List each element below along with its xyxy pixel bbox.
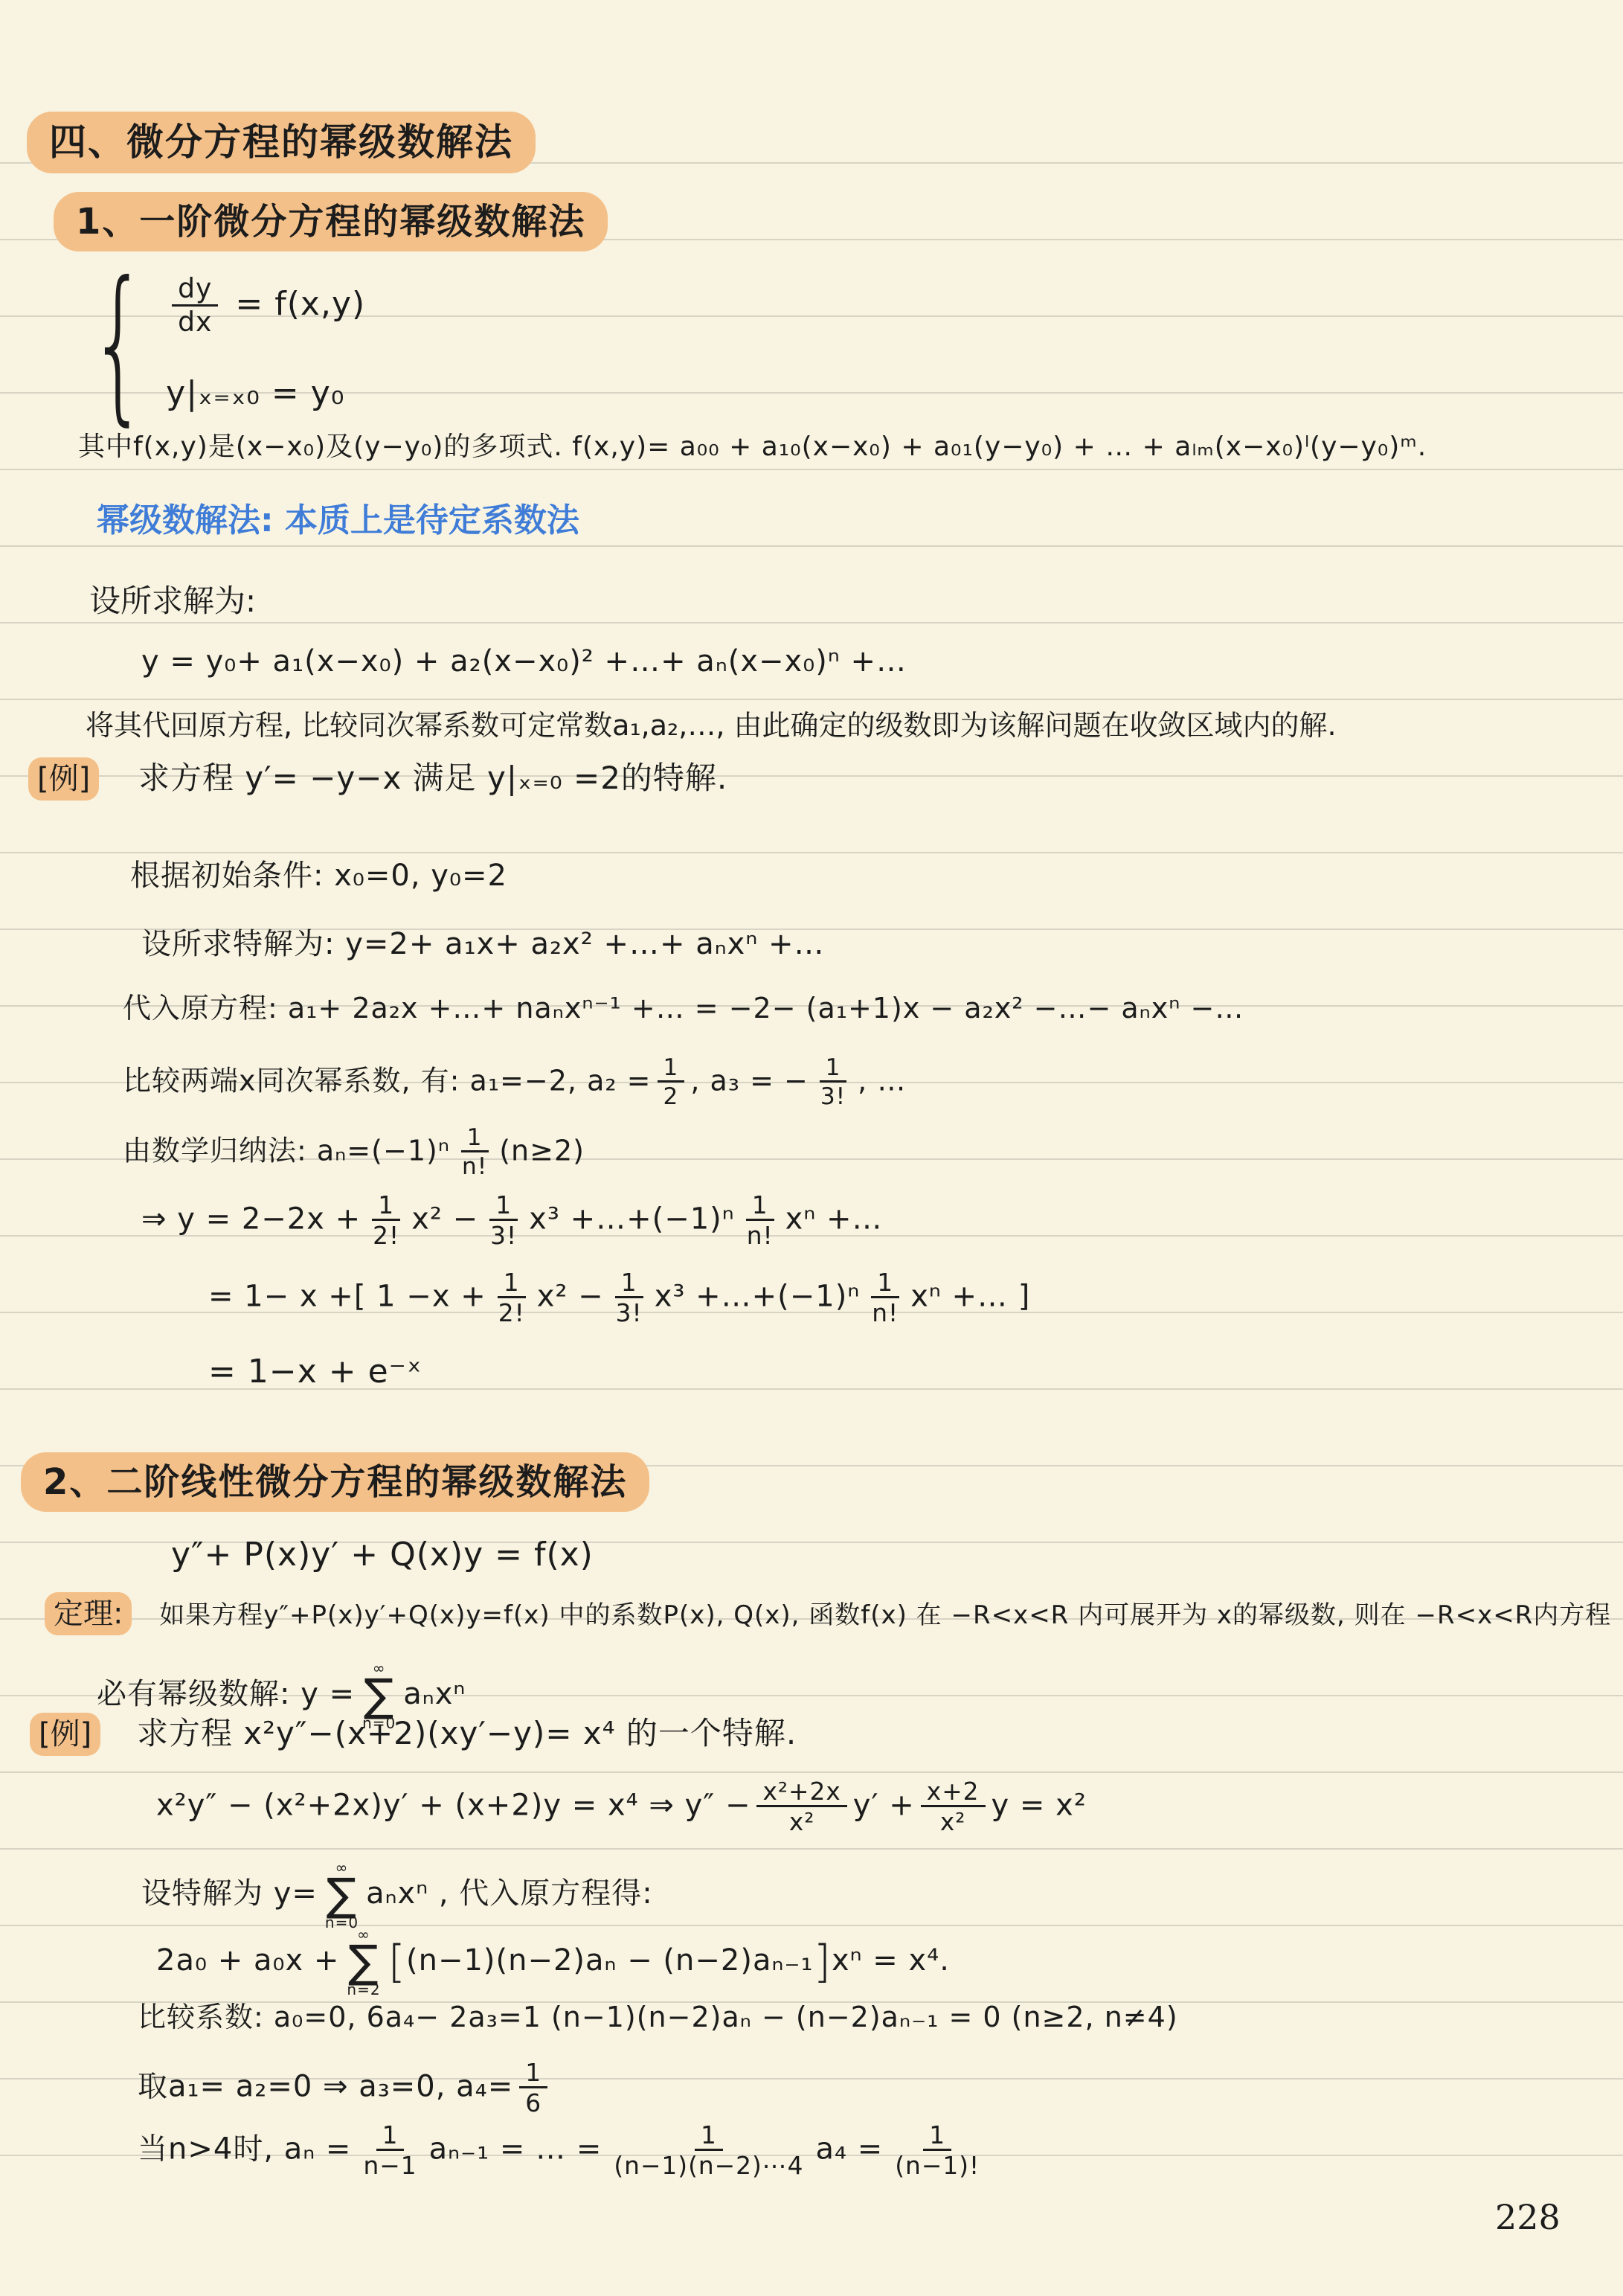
example2-label: [例] [30,1713,100,1756]
example2-assumed-series: 设特解为 y=∞∑n=0aₙxⁿ , 代入原方程得: [141,1860,653,1930]
assume-solution-intro: 设所求解为: [89,582,256,621]
system-eq-derivative: dydx = f(x,y) [166,275,365,337]
example2-transformed-eq: x²y″ − (x²+2x)y′ + (x+2)y = x⁴ ⇒ y″ −x²+… [156,1778,1087,1835]
frac-x2plus2x-over-x2: x²+2xx² [756,1778,846,1835]
heading-section-4: 四、微分方程的幂级数解法 [27,112,536,173]
sigma-n2-inf: ∞∑n=2 [347,1927,380,1997]
first-order-system: { dydx = f(x,y) y|ₓ₌ₓ₀ = y₀ [89,260,365,428]
example2-recursion: 当n>4时, aₙ =1n−1aₙ₋₁ = … =1(n−1)(n−2)⋯4a₄… [138,2122,992,2179]
example2-statement: 求方程 x²y″−(x+2)(xy′−y)= x⁴ 的一个特解. [137,1715,797,1751]
example1-compare-coeffs: 比较两端x同次幂系数, 有: a₁=−2, a₂ =12, a₃ = −13!,… [123,1055,906,1110]
frac-1-over-product: 1(n−1)(n−2)⋯4 [608,2122,809,2179]
example2-compare-coeffs: 比较系数: a₀=0, 6a₄− 2a₃=1 (n−1)(n−2)aₙ − (n… [138,2000,1178,2036]
sigma-n0-inf-2: ∞∑n=0 [325,1860,359,1930]
close-bracket: ] [814,1936,832,1988]
system-brace: { [89,260,148,428]
theorem-label: 定理: [45,1592,132,1635]
frac-1-over-nminus1: 1n−1 [357,2122,422,2179]
heading-subsection-1: 1、一阶微分方程的幂级数解法 [54,192,608,251]
example1-row: [例] 求方程 y′= −y−x 满足 y|ₓ₌₀ =2的特解. [28,757,727,801]
example1-label: [例] [28,757,99,801]
example1-final-answer: = 1−x + e⁻ˣ [208,1351,422,1392]
example2-row: [例] 求方程 x²y″−(x+2)(xy′−y)= x⁴ 的一个特解. [30,1713,797,1756]
frac-1-3fact: 13! [484,1192,523,1249]
frac-one-sixth: 16 [519,2059,547,2117]
polynomial-note: 其中f(x,y)是(x−x₀)及(y−y₀)的多项式. f(x,y)= a₀₀ … [78,430,1427,464]
assume-solution-series: y = y₀+ a₁(x−x₀) + a₂(x−x₀)² +…+ aₙ(x−x₀… [141,643,907,680]
example1-statement: 求方程 y′= −y−x 满足 y|ₓ₌₀ =2的特解. [138,760,727,796]
example1-result-grouped: = 1− x +[ 1 −x +12!x² −13!x³ +…+(−1)ⁿ1n!… [208,1269,1030,1327]
substitute-back-note: 将其代回原方程, 比较同次幂系数可定常数a₁,a₂,…, 由此确定的级数即为该解… [86,708,1337,744]
second-order-equation: y″+ P(x)y′ + Q(x)y = f(x) [171,1534,594,1575]
frac-1-3fact-b: 13! [610,1269,649,1327]
example1-initial-condition: 根据初始条件: x₀=0, y₀=2 [130,857,507,894]
frac-1-2fact-b: 12! [492,1269,531,1327]
frac-1-over-nminus1-fact: 1(n−1)! [889,2122,986,2179]
frac-xplus2-over-x2: x+2x² [921,1778,986,1835]
example2-take-values: 取a₁= a₂=0 ⇒ a₃=0, a₄=16 [138,2059,553,2117]
theorem-row: 定理: 如果方程y″+P(x)y′+Q(x)y=f(x) 中的系数P(x), Q… [45,1592,1611,1635]
example1-induction: 由数学归纳法: aₙ=(−1)ⁿ1n!(n≥2) [123,1125,585,1180]
theorem-text: 如果方程y″+P(x)y′+Q(x)y=f(x) 中的系数P(x), Q(x),… [159,1600,1611,1630]
heading-subsection-2: 2、二阶线性微分方程的幂级数解法 [21,1452,649,1512]
example1-assumed-series: 设所求特解为: y=2+ a₁x+ a₂x² +…+ aₙxⁿ +… [141,926,825,963]
open-bracket: [ [388,1936,406,1988]
heading-section-4-text: 四、微分方程的幂级数解法 [27,112,536,173]
system-rows: dydx = f(x,y) y|ₓ₌ₓ₀ = y₀ [166,275,365,414]
frac-1-2fact: 12! [367,1192,405,1249]
frac-one-half: 12 [658,1055,685,1110]
system-eq-rhs: = f(x,y) [235,285,365,323]
frac-dy-dx: dydx [172,275,218,337]
page-number: 228 [1495,2196,1561,2239]
heading-subsection-2-text: 2、二阶线性微分方程的幂级数解法 [21,1452,649,1512]
system-initial-condition: y|ₓ₌ₓ₀ = y₀ [166,373,365,414]
example2-substituted-eq: 2a₀ + a₀x +∞∑n=2[(n−1)(n−2)aₙ − (n−2)aₙ₋… [156,1927,950,1997]
example1-result-series: ⇒ y = 2−2x +12!x² −13!x³ +…+(−1)ⁿ1n!xⁿ +… [141,1192,883,1249]
example1-substituted-eq: 代入原方程: a₁+ 2a₂x +…+ naₙxⁿ⁻¹ +… = −2− (a₁… [123,991,1244,1027]
frac-1-nfact-b: 1n! [866,1269,904,1327]
frac-one-over-3fact: 13! [814,1055,852,1110]
heading-subsection-1-text: 1、一阶微分方程的幂级数解法 [54,192,608,251]
frac-1-nfact: 1n! [741,1192,780,1249]
notebook-page: 四、微分方程的幂级数解法 1、一阶微分方程的幂级数解法 { dydx = f(x… [0,0,1623,2296]
power-series-method-note: 幂级数解法: 本质上是待定系数法 [97,500,579,541]
frac-one-over-nfact: 1n! [456,1125,493,1180]
